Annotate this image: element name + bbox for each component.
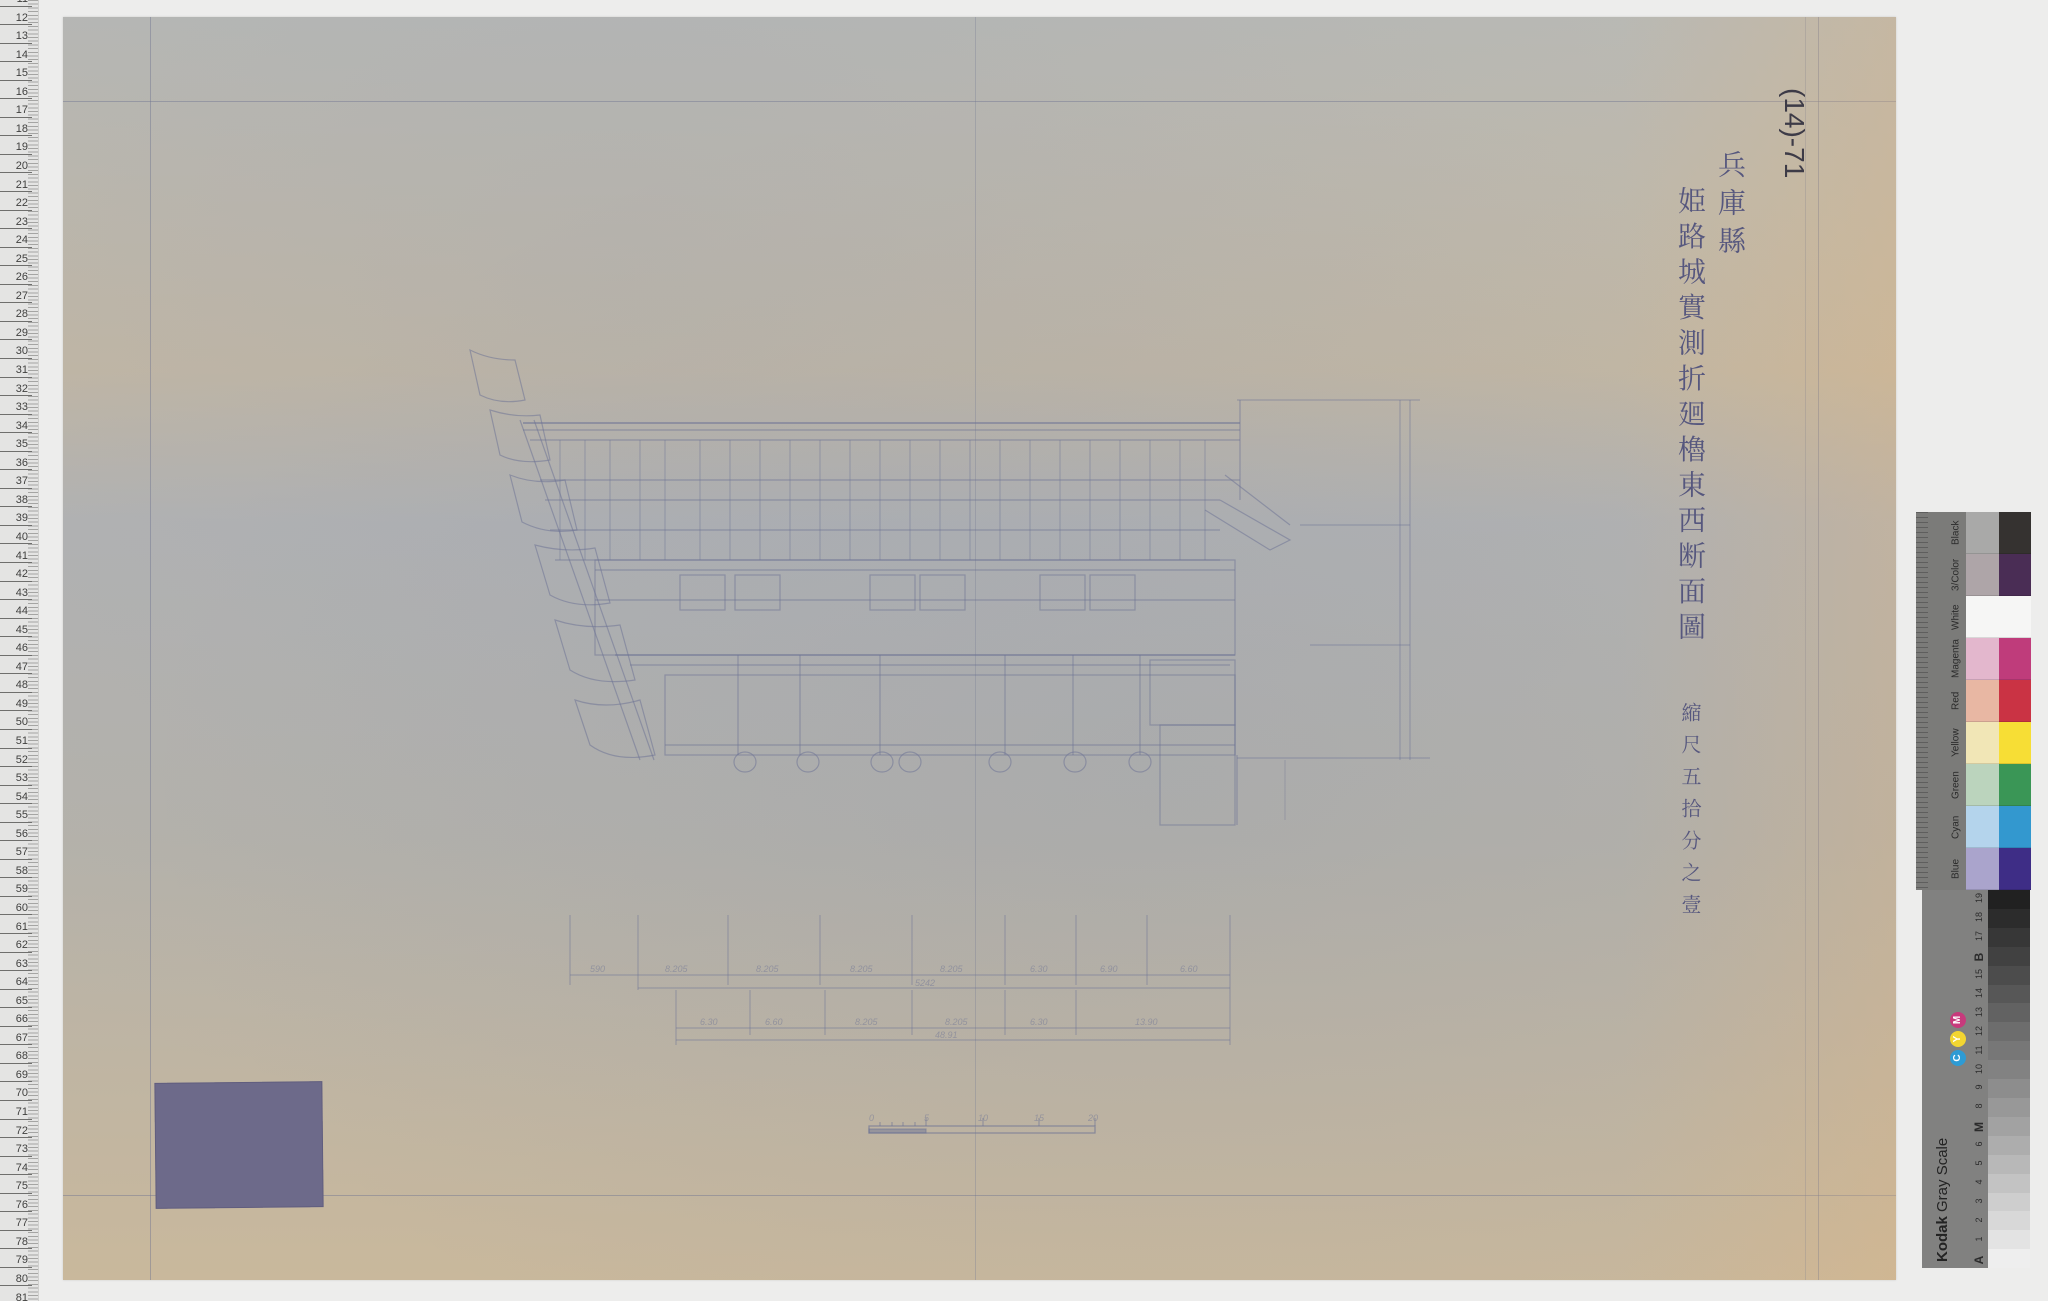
patch-light [1966,554,1999,596]
ruler-mark: 52 [0,749,32,768]
inch-ruler-ticks [1916,512,1928,890]
frame-line-top [63,101,1896,102]
catalog-number: (14)-71 [1778,88,1810,178]
gray-step-label: A [1972,1251,1986,1269]
gray-step-label: 5 [1974,1154,1984,1172]
gray-step-label: 6 [1974,1135,1984,1153]
ruler-mark: 50 [0,711,32,730]
gray-step [1988,1079,2030,1098]
color-patch-yellow [1966,722,2031,764]
gray-step-label: 3 [1974,1192,1984,1210]
color-patch-white [1966,596,2031,638]
ruler-mark: 42 [0,563,32,582]
gray-step [1988,1117,2030,1136]
gray-step [1988,1003,2030,1022]
gray-steps [1988,890,2030,1268]
ruler-mark: 49 [0,693,32,712]
ruler-mark: 66 [0,1008,32,1027]
frame-line-left [150,17,151,1280]
ruler-mark: 48 [0,674,32,693]
color-patch-3-color [1966,554,2031,596]
ruler-mark: 26 [0,266,32,285]
patch-label: Red [1946,680,1966,722]
ruler-mark: 21 [0,174,32,193]
gray-step [1988,909,2030,928]
gray-step-label: 14 [1974,984,1984,1002]
gray-step-label: 18 [1974,908,1984,926]
ruler-mark: 14 [0,44,32,63]
ruler-mark: 36 [0,452,32,471]
gray-step-label: 9 [1974,1078,1984,1096]
fold-line-vertical-right [1805,17,1806,1280]
patch-light [1966,596,1999,638]
ruler-mark: 74 [0,1157,32,1176]
ruler-mark: 76 [0,1194,32,1213]
gray-step [1988,1060,2030,1079]
patch-light [1966,764,1999,806]
gray-step-label: B [1972,948,1986,966]
gray-step [1988,966,2030,985]
ruler-mark: 12 [0,7,32,26]
ruler-mark: 79 [0,1249,32,1268]
ruler-mark: 80 [0,1268,32,1287]
gray-step [1988,1211,2030,1230]
ruler-mark: 34 [0,415,32,434]
patch-label: White [1946,596,1966,638]
ruler-mark: 77 [0,1212,32,1231]
ruler-mark: 45 [0,619,32,638]
ruler-mark: 61 [0,916,32,935]
gray-step [1988,1193,2030,1212]
ruler-mark: 28 [0,303,32,322]
patch-label: 3/Color [1946,554,1966,596]
ruler-mark: 68 [0,1045,32,1064]
color-patches [1966,512,2031,890]
gray-step [1988,985,2030,1004]
cmy-dot-m: M [1950,1012,1966,1028]
ruler-mark: 62 [0,934,32,953]
gray-step-label: 2 [1974,1211,1984,1229]
drawing-title: 姫路城實測折廻櫓東西断面圖 [1670,186,1710,648]
ruler-mark: 69 [0,1064,32,1083]
prefecture-label: 兵庫縣 [1710,150,1750,264]
ruler-mark: 78 [0,1231,32,1250]
patch-label: Yellow [1946,722,1966,764]
gray-step [1988,1249,2030,1268]
gray-step [1988,1041,2030,1060]
ruler-mark: 46 [0,637,32,656]
ruler-mark: 20 [0,155,32,174]
cmy-dot-y: Y [1950,1031,1966,1047]
ruler-mark: 11 [0,0,32,7]
ruler-mark: 58 [0,860,32,879]
patch-dark [1999,596,2032,638]
ruler-mark: 55 [0,804,32,823]
gray-step [1988,1230,2030,1249]
patch-dark [1999,764,2032,806]
frame-line-bottom [63,1195,1896,1196]
patch-dark [1999,848,2032,890]
kodak-gray-title: Kodak Gray Scale [1934,1138,1951,1262]
ruler-mark: 60 [0,897,32,916]
patch-dark [1999,638,2032,680]
gray-step-label: 10 [1974,1060,1984,1078]
ruler-mark: 35 [0,433,32,452]
gray-step [1988,947,2030,966]
patch-light [1966,722,1999,764]
ruler-mark: 27 [0,285,32,304]
patch-label: Black [1946,512,1966,554]
gray-step-label: 17 [1974,927,1984,945]
ruler-mark: 17 [0,99,32,118]
patch-dark [1999,806,2032,848]
patch-light [1966,680,1999,722]
gray-step-label: 11 [1974,1041,1984,1059]
ruler-mark: 30 [0,340,32,359]
patch-dark [1999,512,2032,554]
ruler-mark: 63 [0,953,32,972]
measuring-ruler: 1112131415161718192021222324252627282930… [0,0,39,1301]
cmy-dot-c: C [1950,1050,1966,1066]
color-patch-black [1966,512,2031,554]
gray-step [1988,928,2030,947]
patch-label: Green [1946,764,1966,806]
gray-step-label: 19 [1974,889,1984,907]
ruler-mark: 71 [0,1101,32,1120]
patch-dark [1999,554,2032,596]
ruler-mark: 75 [0,1175,32,1194]
patch-light [1966,806,1999,848]
patch-light [1966,638,1999,680]
gray-step-label: 8 [1974,1097,1984,1115]
ruler-mark: 22 [0,192,32,211]
gray-step-label: 15 [1974,965,1984,983]
catalog-number-text: (14)-71 [1778,88,1810,178]
ruler-mark: 19 [0,136,32,155]
ruler-mark: 64 [0,971,32,990]
kodak-gray-scale: Kodak Gray Scale CYM A123456M89101112131… [1922,890,2030,1268]
patch-label: Cyan [1946,806,1966,848]
color-patch-magenta [1966,638,2031,680]
ruler-mark: 70 [0,1082,32,1101]
ruler-mark: 59 [0,878,32,897]
ruler-mark: 32 [0,378,32,397]
ruler-mark: 38 [0,489,32,508]
gray-step [1988,890,2030,909]
ruler-mark: 56 [0,823,32,842]
scale-label: 縮尺五拾分之壹 [1676,702,1705,926]
patch-label: Magenta [1946,638,1966,680]
ruler-mark: 18 [0,118,32,137]
ruler-mark: 54 [0,786,32,805]
ruler-mark: 53 [0,767,32,786]
color-patch-red [1966,680,2031,722]
patch-names: BlueCyanGreenYellowRedMagentaWhite3/Colo… [1946,512,1966,890]
ruler-mark: 73 [0,1138,32,1157]
ruler-mark: 23 [0,211,32,230]
ruler-mark: 31 [0,359,32,378]
patch-light [1966,848,1999,890]
gray-step-labels: A123456M89101112131415B171819 [1970,890,1988,1268]
ruler-mark: 44 [0,600,32,619]
ruler-mark: 13 [0,25,32,44]
ruler-mark: 33 [0,396,32,415]
color-patch-blue [1966,848,2031,890]
gray-step-label: M [1972,1118,1986,1136]
ruler-mark: 29 [0,322,32,341]
kodak-color-control-patches: Kodak Color Control Patches BlueCyanGree… [1916,512,2031,890]
patch-dark [1999,722,2032,764]
patch-label: Blue [1946,848,1966,890]
gray-step-label: 13 [1974,1003,1984,1021]
gray-step-label: 12 [1974,1022,1984,1040]
drawing-sheet [63,17,1896,1280]
gray-step-label: 1 [1974,1230,1984,1248]
gray-step-label: 4 [1974,1173,1984,1191]
ruler-mark: 65 [0,990,32,1009]
patch-light [1966,512,1999,554]
ruler-mark: 72 [0,1120,32,1139]
ruler-mark: 41 [0,545,32,564]
patch-dark [1999,680,2032,722]
frame-line-right [1818,17,1819,1280]
ruler-mark: 43 [0,582,32,601]
ruler-mark: 57 [0,841,32,860]
ruler-mark: 81 [0,1287,32,1301]
color-patch-cyan [1966,806,2031,848]
gray-step [1988,1174,2030,1193]
ruler-mark: 51 [0,730,32,749]
ruler-mark: 37 [0,470,32,489]
ruler-mark: 15 [0,62,32,81]
ruler-mark: 40 [0,526,32,545]
ruler-mark: 16 [0,81,32,100]
color-patch-green [1966,764,2031,806]
gray-step [1988,1022,2030,1041]
ruler-mark: 47 [0,656,32,675]
ruler-mark: 39 [0,507,32,526]
ruler-mark: 25 [0,248,32,267]
gray-step [1988,1098,2030,1117]
gray-step [1988,1136,2030,1155]
ruler-mark: 24 [0,229,32,248]
fold-line-vertical [975,17,976,1280]
gray-step [1988,1155,2030,1174]
ruler-mark: 67 [0,1027,32,1046]
color-reference-patch [154,1081,323,1209]
